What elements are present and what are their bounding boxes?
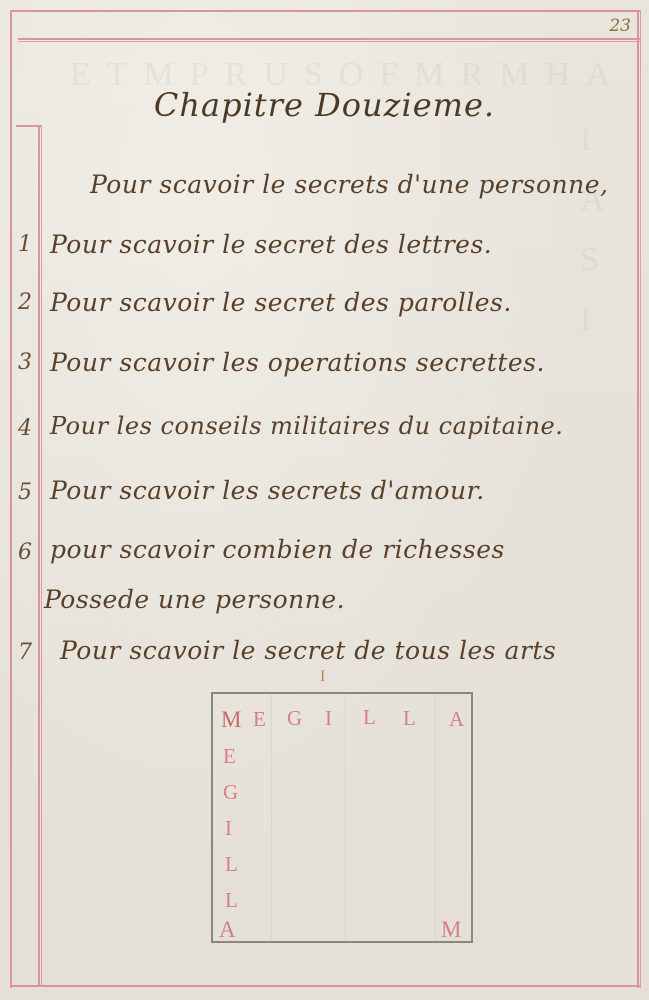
chapter-title: Chapitre Douzieme. <box>0 86 649 124</box>
square-letter-top: M <box>221 708 241 731</box>
item-number: 5 <box>18 480 32 505</box>
frame-right-rule <box>637 10 639 988</box>
list-item: pour scavoir combien de richesses <box>50 535 505 564</box>
list-item: Pour scavoir le secret des lettres. <box>50 230 492 259</box>
square-letter-left: E <box>223 746 236 767</box>
show-through-text: IASI <box>580 110 620 350</box>
list-item: Pour scavoir les operations secrettes. <box>50 348 545 377</box>
square-letter-left: L <box>225 890 238 911</box>
intro-line: Pour scavoir le secrets d'une personne, <box>90 170 609 199</box>
grid-line <box>345 694 346 941</box>
frame-bottom-rule <box>10 985 640 987</box>
item-number: 6 <box>18 540 32 565</box>
square-letter-top: E <box>253 709 266 730</box>
square-letter-left: G <box>223 782 238 803</box>
list-item: Pour scavoir le secret des parolles. <box>50 288 512 317</box>
list-item: Pour scavoir le secret de tous les arts <box>60 636 556 665</box>
page-number: 23 <box>609 16 631 36</box>
item-number: 1 <box>18 232 32 257</box>
margin-rule <box>38 125 40 987</box>
header-rule-inner <box>18 41 640 42</box>
item-number: 4 <box>18 416 32 441</box>
square-letter-left: L <box>225 854 238 875</box>
square-letter-top: G <box>287 708 302 729</box>
item-number: 2 <box>18 290 32 315</box>
square-letter-top: L <box>403 708 416 729</box>
square-letter-top: A <box>449 709 464 730</box>
square-letter-left: I <box>225 818 232 839</box>
frame-left-rule <box>10 10 12 988</box>
frame-right-rule-inner <box>640 10 641 988</box>
list-item: Pour scavoir les secrets d'amour. <box>50 476 485 505</box>
margin-rule-inner <box>41 125 42 987</box>
item-number: 7 <box>18 640 32 665</box>
grid-line <box>435 694 436 941</box>
list-item-continuation: Possede une personne. <box>44 585 345 614</box>
grid-line <box>271 694 272 941</box>
square-letter-top: I <box>325 708 332 729</box>
figure-mark: I <box>320 668 325 686</box>
square-letter-bottom-right: M <box>441 918 461 941</box>
item-number: 3 <box>18 350 32 375</box>
header-rule <box>18 38 640 40</box>
frame-top-rule <box>10 10 640 12</box>
square-letter-left: A <box>219 918 236 941</box>
square-letter-top: L <box>363 707 376 728</box>
megilla-square: M E G I L L A E G I L L A M <box>211 692 473 943</box>
list-item: Pour les conseils militaires du capitain… <box>50 412 563 440</box>
